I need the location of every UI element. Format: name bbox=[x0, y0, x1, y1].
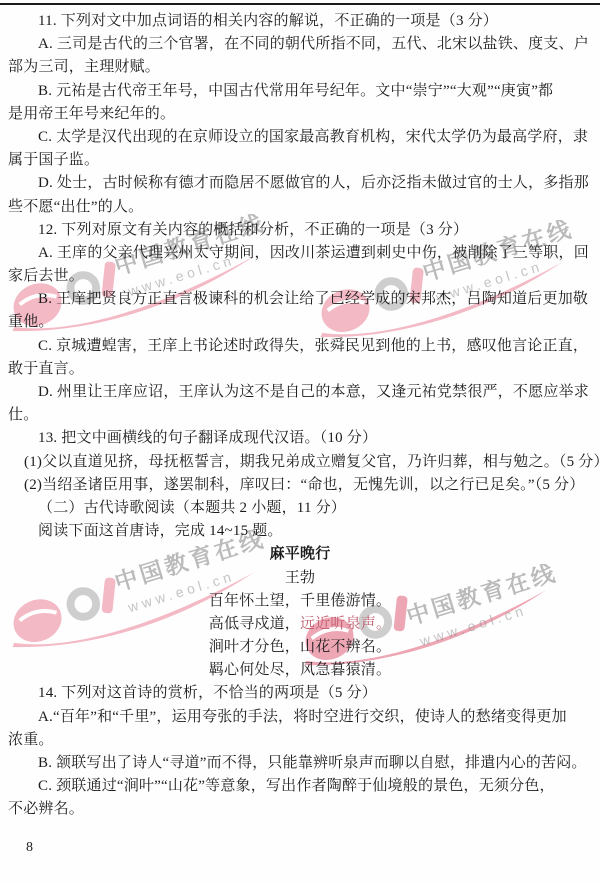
text-line: 不必辨名。 bbox=[8, 798, 592, 821]
text-run: 远近听泉声。 bbox=[300, 616, 391, 632]
text-line: 羁心何处尽，风急暮猿清。 bbox=[8, 659, 592, 682]
text-line: A. 王庠的父亲代理兴州太守期间，因改川茶运遭到刺史中伤，被削除了三等职，回 bbox=[8, 242, 592, 265]
text-line: 属于国子监。 bbox=[8, 149, 592, 172]
text-line: D. 州里让王庠应诏，王庠认为这不是自己的本意，又逢元祐党禁很严，不愿应举求 bbox=[8, 381, 592, 404]
text-line: 些不愿“出仕”的人。 bbox=[8, 196, 592, 219]
text-line: 百年怀土望，千里倦游情。 bbox=[8, 590, 592, 613]
text-line: 浓重。 bbox=[8, 729, 592, 752]
text-line: B. 元祐是古代帝王年号，中国古代常用年号纪年。文中“崇宁”“大观”“庚寅”都 bbox=[8, 80, 592, 103]
text-line: 麻平晚行 bbox=[8, 543, 592, 566]
document-body: 11. 下列对文中加点词语的相关内容的解说，不正确的一项是（3 分）A. 三司是… bbox=[8, 10, 592, 822]
text-line: （二）古代诗歌阅读（本题共 2 小题，11 分） bbox=[8, 497, 592, 520]
text-line: C. 颈联通过“涧叶”“山花”等意象，写出作者陶醉于仙境般的景色，无须分色， bbox=[8, 775, 592, 798]
exam-page: 中国教育在线 www.eol.cn 中国教育在线 www.eol.cn bbox=[0, 0, 600, 883]
top-rule bbox=[0, 3, 600, 5]
text-line: 部为三司，主理财赋。 bbox=[8, 56, 592, 79]
text-line: (1)父以直道见挤，母抚柩誓言，期我兄弟成立赠复父官，乃许归葬，相与勉之。（5 … bbox=[8, 451, 592, 474]
text-line: 12. 下列对原文有关内容的概括和分析，不正确的一项是（3 分） bbox=[8, 219, 592, 242]
text-line: C. 太学是汉代出现的在京师设立的国家最高教育机构，宋代太学仍为最高学府，隶 bbox=[8, 126, 592, 149]
text-line: A.“百年”和“千里”，运用夸张的手法，将时空进行交织，使诗人的愁绪变得更加 bbox=[8, 706, 592, 729]
text-line: 高低寻戍道，远近听泉声。 bbox=[8, 613, 592, 636]
text-line: A. 三司是古代的三个官署，在不同的朝代所指不同，五代、北宋以盐铁、度支、户 bbox=[8, 33, 592, 56]
text-line: (2)当绍圣诸臣用事，遂罢制科，庠叹曰：“命也，无愧先训，以之行已足矣。”（5 … bbox=[8, 474, 592, 497]
text-line: 重他。 bbox=[8, 311, 592, 334]
text-line: 14. 下列对这首诗的赏析，不恰当的两项是（5 分） bbox=[8, 682, 592, 705]
text-line: 仕。 bbox=[8, 404, 592, 427]
text-line: 13. 把文中画横线的句子翻译成现代汉语。（10 分） bbox=[8, 427, 592, 450]
text-line: B. 王庠把贤良方正直言极谏科的机会让给了已经学成的宋邦杰，吕陶知道后更加敬 bbox=[8, 288, 592, 311]
text-line: 敢于直言。 bbox=[8, 358, 592, 381]
text-line: 是用帝王年号来纪年的。 bbox=[8, 103, 592, 126]
text-line: 11. 下列对文中加点词语的相关内容的解说，不正确的一项是（3 分） bbox=[8, 10, 592, 33]
page-number: 8 bbox=[26, 840, 33, 856]
text-line: D. 处士，古时候称有德才而隐居不愿做官的人，后亦泛指未做过官的士人，多指那 bbox=[8, 172, 592, 195]
text-line: 王勃 bbox=[8, 567, 592, 590]
text-run: 高低寻戍道， bbox=[209, 616, 300, 632]
text-line: 阅读下面这首唐诗，完成 14~15 题。 bbox=[8, 520, 592, 543]
text-line: C. 京城遭蝗害，王庠上书论述时政得失，张舜民见到他的上书，感叹他言论正直， bbox=[8, 335, 592, 358]
text-line: B. 颔联写出了诗人“寻道”而不得，只能靠辨听泉声而聊以自慰，排遣内心的苦闷。 bbox=[8, 752, 592, 775]
text-line: 涧叶才分色，山花不辨名。 bbox=[8, 636, 592, 659]
text-line: 家后去世。 bbox=[8, 265, 592, 288]
